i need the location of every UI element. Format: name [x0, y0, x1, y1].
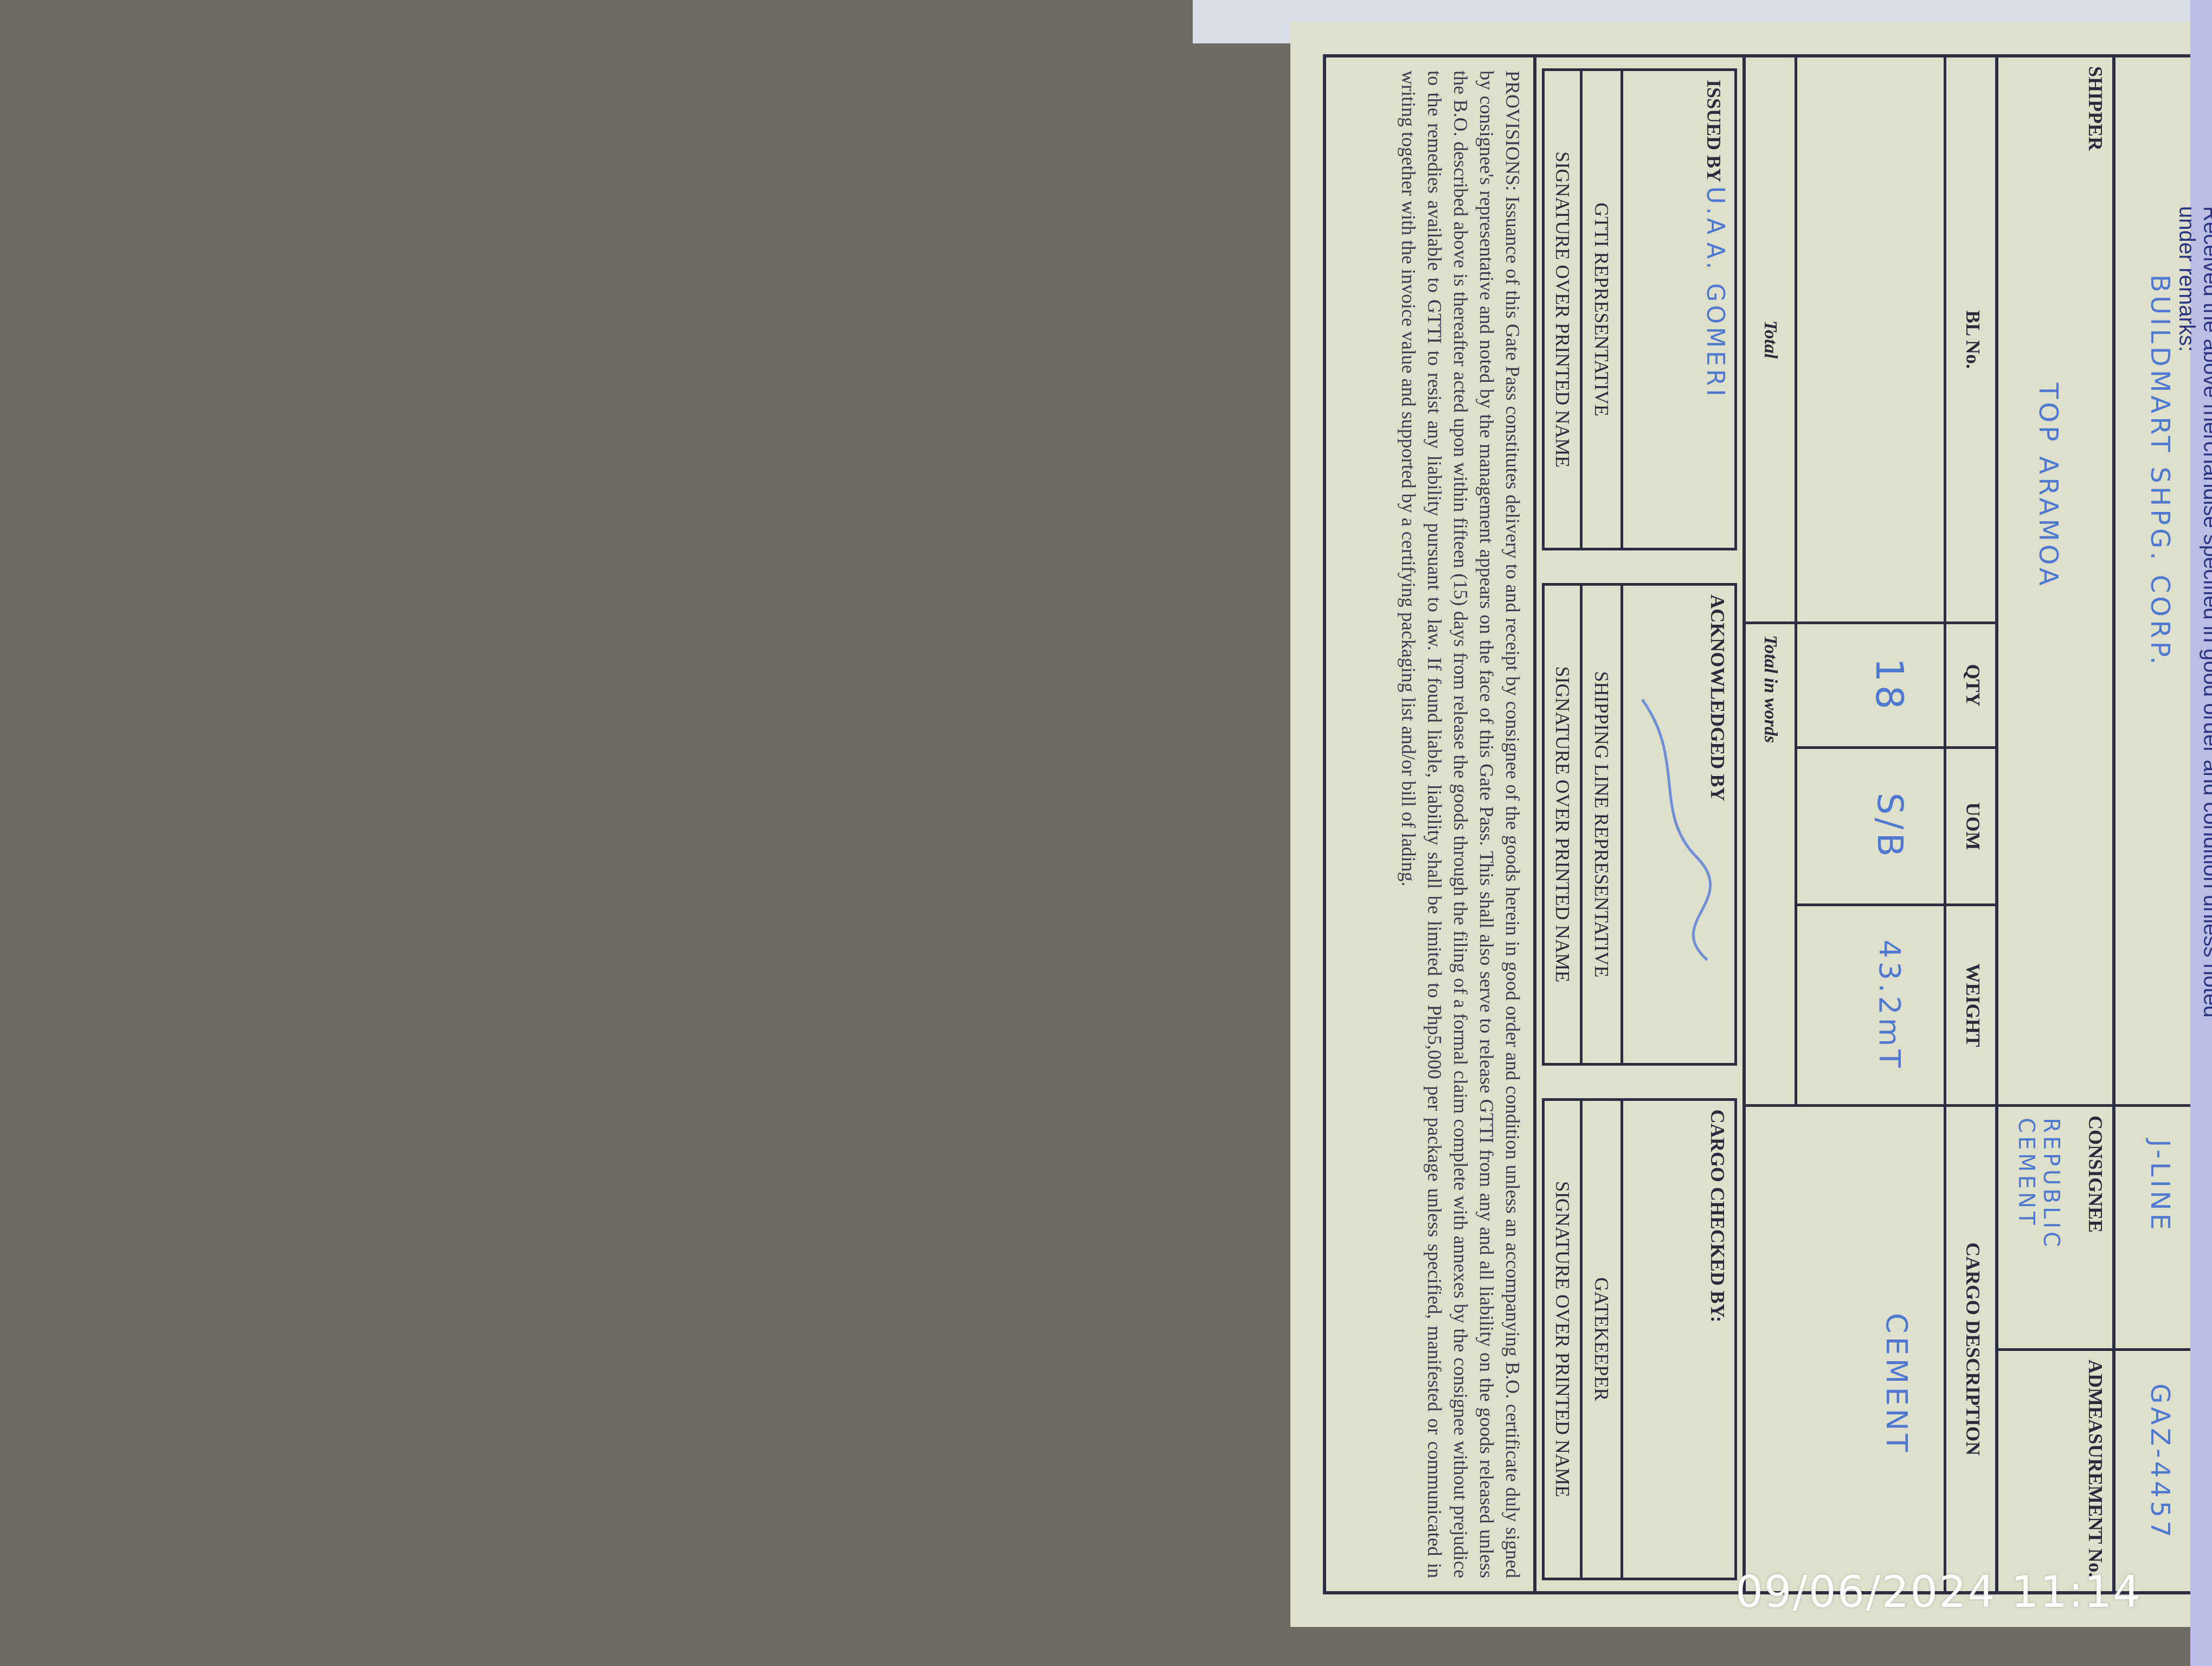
uom-header: UOM: [1946, 746, 1995, 904]
shipper-label: SHIPPER: [2085, 66, 2106, 151]
issued-by-box: ISSUED BY U.A A. GOMERI GTTI REPRESENTAT…: [1542, 68, 1737, 550]
cargo-table-header: BL No. QTY UOM WEIGHT: [1944, 57, 1995, 1104]
cargo-row: 18 S/B 43.2mT: [1795, 57, 1944, 1104]
signature-scribble-icon: [1631, 694, 1718, 965]
cargo-description-header: CARGO DESCRIPTION: [1944, 1107, 1995, 1591]
issued-by-initials: U.A: [1701, 187, 1729, 238]
shipper-value: TOP ARAMOA: [2033, 383, 2063, 589]
total-row: Total Total in words: [1746, 57, 1795, 1104]
weight-value: 43.2mT: [1873, 940, 1907, 1071]
gatekeeper-label: GATEKEEPER: [1583, 1101, 1623, 1578]
bl-no-header: BL No.: [1946, 57, 1995, 621]
admeasurement-label: ADMEASUREMENT No.: [2085, 1360, 2106, 1577]
uom-cell: S/B: [1797, 746, 1944, 904]
consignee-field: CONSIGNEE REPUBLIC CEMENT: [1998, 1104, 2112, 1348]
photo-timestamp: 09/06/2024 11:14: [1735, 1567, 2142, 1617]
signature-caption: SIGNATURE OVER PRINTED NAME: [1545, 586, 1583, 1062]
qty-header: QTY: [1946, 621, 1995, 746]
weight-cell: 43.2mT: [1797, 904, 1944, 1104]
issued-by-name: A. GOMERI: [1701, 242, 1729, 399]
gtti-representative-label: GTTI REPRESENTATIVE: [1583, 71, 1623, 548]
uom-value: S/B: [1869, 792, 1909, 860]
qty-cell: 18: [1797, 621, 1944, 746]
bl-no-cell: [1797, 57, 1944, 621]
hauler-value: J-LINE: [2145, 1139, 2175, 1233]
issued-by-label: ISSUED BY: [1703, 80, 1725, 182]
total-in-words-label: Total in words: [1746, 621, 1795, 1104]
consignee-value: REPUBLIC CEMENT: [2014, 1118, 2063, 1348]
acknowledged-by-box: ACKNOWLEDGED BY SHIPPING LINE REPRESENTA…: [1542, 583, 1737, 1065]
cargo-description-value: CEMENT: [1880, 1313, 1914, 1455]
admeasurement-field: ADMEASUREMENT No.: [1998, 1348, 2112, 1591]
signature-caption: SIGNATURE OVER PRINTED NAME: [1545, 1101, 1583, 1578]
consignee-label: CONSIGNEE: [2085, 1116, 2106, 1233]
cargo-table: BL No. QTY UOM WEIGHT 18 S/B 43.2mT Tota…: [1742, 57, 1995, 1591]
provisions-text: PROVISIONS: Issuance of this Gate Pass c…: [1388, 57, 1533, 1591]
total-label: Total: [1746, 57, 1795, 621]
cargo-checked-by-label: CARGO CHECKED BY:: [1707, 1110, 1728, 1323]
weight-header: WEIGHT: [1946, 904, 1995, 1104]
shipper-field: SHIPPER TOP ARAMOA: [1998, 57, 2112, 1104]
cargo-description-column: CARGO DESCRIPTION CEMENT: [1746, 1104, 1995, 1591]
signature-caption: SIGNATURE OVER PRINTED NAME: [1545, 71, 1583, 548]
signature-section: ISSUED BY U.A A. GOMERI GTTI REPRESENTAT…: [1533, 57, 1742, 1591]
cargo-checked-by-box: CARGO CHECKED BY: GATEKEEPER SIGNATURE O…: [1542, 1098, 1737, 1580]
inbound-gatepass-document: GLOBALPORT Document No.: GP-TAC-OPS-GTO-…: [1290, 22, 2212, 1627]
shipper-row: SHIPPER TOP ARAMOA CONSIGNEE REPUBLIC CE…: [1995, 57, 2112, 1591]
shipping-line-value: BUILDMART SHPG. CORP.: [2145, 274, 2175, 668]
received-statement: Received the above merchandise specified…: [2174, 206, 2212, 1052]
plate-no-value: GAZ-4457: [2145, 1383, 2175, 1541]
qty-value: 18: [1867, 658, 1912, 713]
shipping-line-representative-label: SHIPPING LINE REPRESENTATIVE: [1583, 586, 1623, 1062]
transmittal-cargo-receipt: BUILDMART SHIPPING CORP. Unit 1501 Cente…: [2190, 0, 2212, 1666]
